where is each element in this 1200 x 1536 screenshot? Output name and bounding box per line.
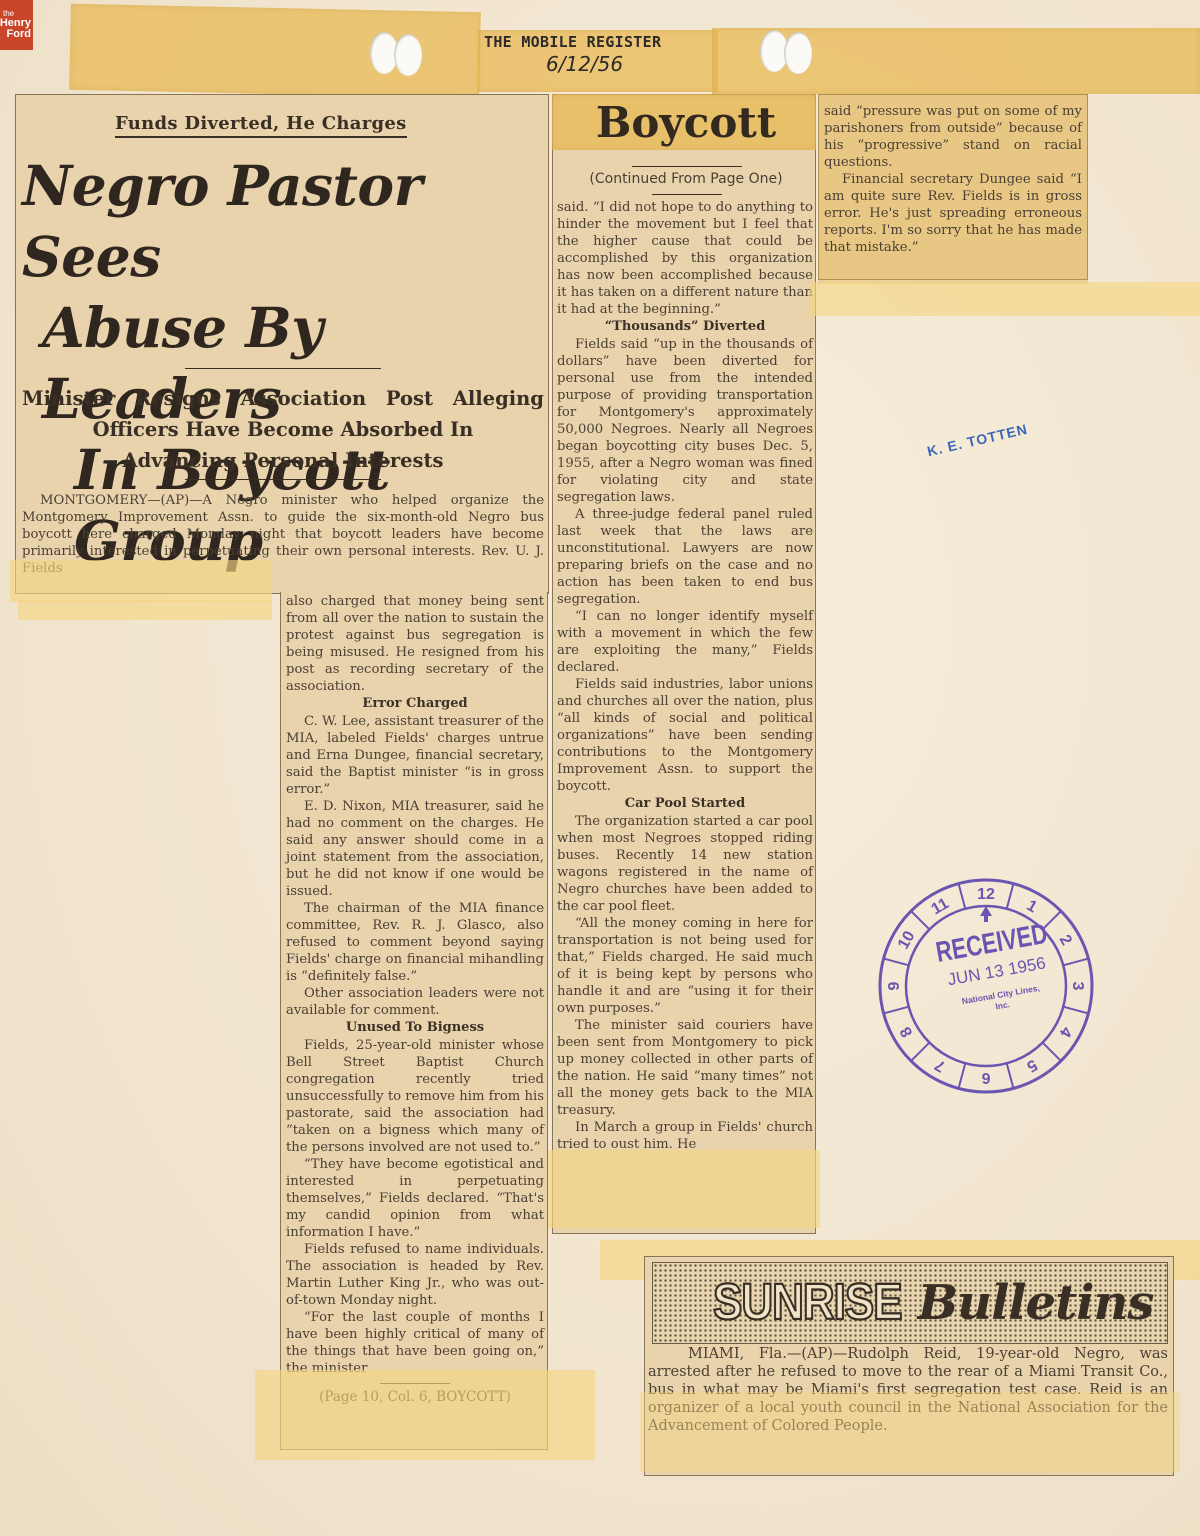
svg-text:9: 9	[886, 981, 903, 990]
svg-text:7: 7	[932, 1056, 948, 1075]
tape-strip	[548, 1150, 820, 1228]
deck-line: Advancing Personal Interests	[22, 445, 544, 476]
paragraph: said. “I did not hope to do anything to …	[557, 199, 813, 318]
deck-word: Association	[241, 383, 367, 414]
continuation-title: Boycott	[555, 98, 817, 147]
continuation-end-text: said “pressure was put on some of my par…	[824, 103, 1082, 256]
tape-strip	[810, 282, 1200, 316]
paragraph: said “pressure was put on some of my par…	[824, 103, 1082, 171]
paragraph: Fields, 25-year-old minister whose Bell …	[286, 1037, 544, 1156]
paragraph: E. D. Nixon, MIA treasurer, said he had …	[286, 798, 544, 900]
paragraph: The minister said couriers have been sen…	[557, 1017, 813, 1119]
punch-hole	[784, 32, 812, 74]
article-column-text: also charged that money being sent from …	[286, 593, 544, 1406]
subhead: Unused To Bigness	[286, 1019, 544, 1037]
henry-ford-logo: the Henry Ford	[0, 0, 33, 50]
deck-word: Minister	[22, 383, 115, 414]
deck-word: Alleging	[453, 383, 544, 414]
svg-text:5: 5	[1024, 1056, 1040, 1075]
paragraph: C. W. Lee, assistant treasurer of the MI…	[286, 713, 544, 798]
subhead: Car Pool Started	[557, 795, 813, 813]
tape-strip	[10, 560, 272, 602]
tape-strip	[18, 600, 272, 620]
paragraph: “I can no longer identify myself with a …	[557, 608, 813, 676]
publication-name: THE MOBILE REGISTER	[484, 33, 661, 51]
svg-text:6: 6	[981, 1069, 990, 1086]
paragraph: “For the last couple of months I have be…	[286, 1309, 544, 1377]
continued-from: (Continued From Page One)	[555, 171, 817, 187]
divider-rule	[652, 194, 722, 195]
headline-line: Negro Pastor Sees	[22, 150, 542, 292]
name-stamp: K. E. TOTTEN	[926, 421, 1030, 460]
punch-hole	[394, 34, 422, 76]
paragraph: “They have become egotistical and intere…	[286, 1156, 544, 1241]
article-deck: Minister Resigns Association Post Allegi…	[22, 383, 544, 476]
logo-ford: Ford	[7, 29, 31, 40]
paragraph: Other association leaders were not avail…	[286, 985, 544, 1019]
divider-rule	[185, 479, 381, 480]
paragraph: A three-judge federal panel ruled last w…	[557, 506, 813, 608]
article-kicker: Funds Diverted, He Charges	[115, 113, 407, 138]
banner-word: Bulletins	[918, 1275, 1154, 1331]
paragraph: The chairman of the MIA finance committe…	[286, 900, 544, 985]
svg-text:12: 12	[977, 886, 995, 903]
svg-text:8: 8	[897, 1024, 916, 1040]
divider-rule	[632, 166, 742, 167]
paragraph: In March a group in Fields' church tried…	[557, 1119, 813, 1153]
sunrise-banner: SUNRISE Bulletins	[652, 1262, 1168, 1344]
subhead: “Thousands” Diverted	[557, 318, 813, 336]
paragraph: also charged that money being sent from …	[286, 593, 544, 695]
subhead: Error Charged	[286, 695, 544, 713]
publication-date: 6/12/56	[546, 52, 623, 76]
deck-line: Officers Have Become Absorbed In	[22, 414, 544, 445]
svg-text:4: 4	[1056, 1024, 1075, 1040]
tape-strip	[255, 1370, 595, 1460]
svg-text:3: 3	[1069, 982, 1086, 991]
paragraph: Financial secretary Dungee said “I am qu…	[824, 171, 1082, 256]
banner-word: SUNRISE	[713, 1274, 902, 1332]
paragraph: Fields refused to name individuals. The …	[286, 1241, 544, 1309]
paragraph: The organization started a car pool when…	[557, 813, 813, 915]
paragraph: Fields said “up in the thousands of doll…	[557, 336, 813, 506]
paragraph: “All the money coming in here for transp…	[557, 915, 813, 1017]
deck-word: Post	[386, 383, 433, 414]
tape-strip	[640, 1392, 1180, 1472]
divider-rule	[185, 368, 381, 369]
paragraph: Fields said industries, labor unions and…	[557, 676, 813, 795]
deck-word: Resigns	[135, 383, 221, 414]
deck-line: Minister Resigns Association Post Allegi…	[22, 383, 544, 414]
continuation-text: said. “I did not hope to do anything to …	[557, 199, 813, 1153]
